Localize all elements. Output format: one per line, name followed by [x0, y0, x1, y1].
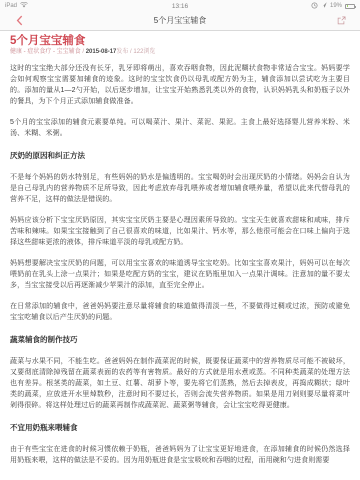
share-button[interactable] [337, 16, 346, 25]
article-title: 5个月宝宝辅食 [10, 34, 350, 48]
article-body: 这时的宝宝绝大部分还没有长牙，乳牙即将萌出，喜欢吞咽食物，因此泥糊状食物非常适合… [10, 63, 350, 466]
section-heading: 厌奶的原因和纠正方法 [10, 151, 350, 161]
section-heading: 不宜用奶瓶来喂辅食 [10, 423, 350, 433]
article-paragraph: 由于有些宝宝在进食的时候习惯依赖于奶瓶，爸爸妈妈为了让宝宝更好地进食，在添加辅食… [10, 444, 350, 466]
nav-title: 5个月宝宝辅食 [154, 15, 206, 26]
article-paragraph: 妈妈想要解决宝宝厌奶的问题，可以用宝宝喜欢的味道诱导宝宝吃奶。比如宝宝喜欢果汁，… [10, 258, 350, 291]
carrier-label: iPad [5, 3, 17, 9]
article-paragraph: 5个月的宝宝添加的辅食元素要单纯。可以喝菜汁、果汁、菜泥、果泥。主食上最好选择婴… [10, 117, 350, 139]
battery-icon [345, 4, 355, 9]
section-heading: 蔬菜辅食的制作技巧 [10, 335, 350, 345]
status-bar: iPad 13:16 19% [0, 0, 360, 11]
meta-views: 发布 / 122浏览 [116, 49, 155, 55]
location-arrow-icon [321, 2, 327, 10]
article-paragraph: 妈妈应该分析下宝宝厌奶原因，其实宝宝厌奶主要是心理因素所导致的。宝宝天生就喜欢甜… [10, 215, 350, 248]
article-scroll-area[interactable]: 5个月宝宝辅食 健康 - 症状食疗 - 宝宝辅食 / 2015-08-17发布 … [0, 31, 360, 480]
battery-percent-label: 19% [330, 3, 342, 9]
header: iPad 13:16 19% 5个月宝宝辅食 [0, 0, 360, 31]
article-paragraph: 不是每个妈妈的奶水特别足，有些妈妈的奶水是偏透明的。宝宝喝奶时会出现厌奶的小情绪… [10, 172, 350, 205]
meta-category-links[interactable]: 健康 - 症状食疗 - 宝宝辅食 [10, 49, 81, 55]
nav-bar: 5个月宝宝辅食 [0, 11, 360, 30]
back-button[interactable] [16, 15, 23, 26]
article-paragraph: 在日常添加的辅食中，爸爸妈妈要注意尽量将辅食的味道做得清淡一些，不要做得过稠或过… [10, 301, 350, 323]
status-time: 13:16 [172, 3, 188, 10]
meta-date: 2015-08-17 [86, 49, 117, 55]
wifi-icon [20, 2, 28, 10]
alarm-clock-icon [311, 2, 318, 11]
article-paragraph: 蔬菜与水果不同，不能生吃。爸爸妈妈在制作蔬菜泥的时候，既要保证蔬菜中的营养物质尽… [10, 356, 350, 411]
article-meta: 健康 - 症状食疗 - 宝宝辅食 / 2015-08-17发布 / 122浏览 [10, 48, 350, 57]
article-paragraph: 这时的宝宝绝大部分还没有长牙，乳牙即将萌出，喜欢吞咽食物，因此泥糊状食物非常适合… [10, 63, 350, 107]
